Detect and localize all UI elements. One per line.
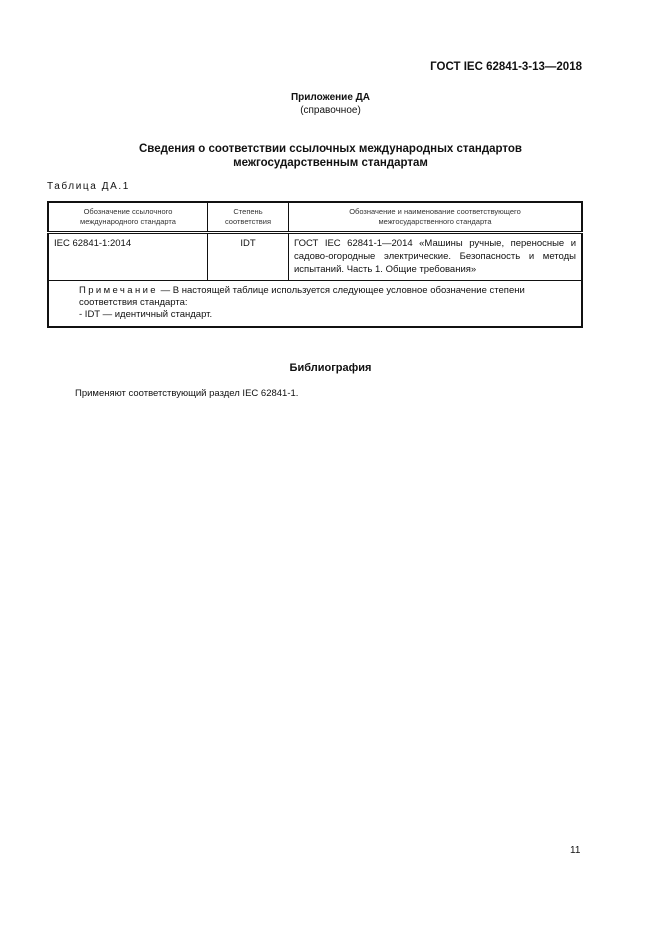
table-caption: Таблица ДА.1 <box>47 181 130 192</box>
bibliography-text: Применяют соответствующий раздел IEC 628… <box>75 388 298 399</box>
header-line: Обозначение и наименование соответствующ… <box>289 207 581 217</box>
header-line: Обозначение ссылочного <box>49 207 207 217</box>
appendix-subtitle: (справочное) <box>0 104 661 117</box>
table-note-row: Примечание — В настоящей таблице использ… <box>48 281 582 328</box>
appendix-title: Приложение ДА <box>0 91 661 104</box>
appendix-heading-line2: межгосударственным стандартам <box>0 156 661 170</box>
header-line: межгосударственного стандарта <box>289 217 581 227</box>
table-note: Примечание — В настоящей таблице использ… <box>48 281 582 328</box>
table-row: IEC 62841-1:2014 IDT ГОСТ IEC 62841-1—20… <box>48 233 582 281</box>
note-label: Примечание <box>79 285 158 296</box>
header-national-standard: Обозначение и наименование соответствующ… <box>289 202 583 233</box>
standards-table: Обозначение ссылочного международного ст… <box>47 201 583 328</box>
cell-national-standard: ГОСТ IEC 62841-1—2014 «Машины ручные, пе… <box>289 233 583 281</box>
header-degree: Степень соответствия <box>208 202 289 233</box>
table-header-row: Обозначение ссылочного международного ст… <box>48 202 582 233</box>
bibliography-title: Библиография <box>0 362 661 374</box>
note-paragraph: Примечание — В настоящей таблице использ… <box>54 285 576 309</box>
cell-ref-standard: IEC 62841-1:2014 <box>48 233 208 281</box>
cell-degree: IDT <box>208 233 289 281</box>
header-line: соответствия <box>208 217 288 227</box>
document-code: ГОСТ IEC 62841-3-13—2018 <box>430 61 582 73</box>
header-line: Степень <box>208 207 288 217</box>
header-line: международного стандарта <box>49 217 207 227</box>
appendix-heading: Сведения о соответствии ссылочных междун… <box>0 142 661 170</box>
page-number: 11 <box>570 845 580 856</box>
header-ref-standard: Обозначение ссылочного международного ст… <box>48 202 208 233</box>
appendix-heading-line1: Сведения о соответствии ссылочных междун… <box>0 142 661 156</box>
note-item: - IDT — идентичный стандарт. <box>54 309 576 321</box>
